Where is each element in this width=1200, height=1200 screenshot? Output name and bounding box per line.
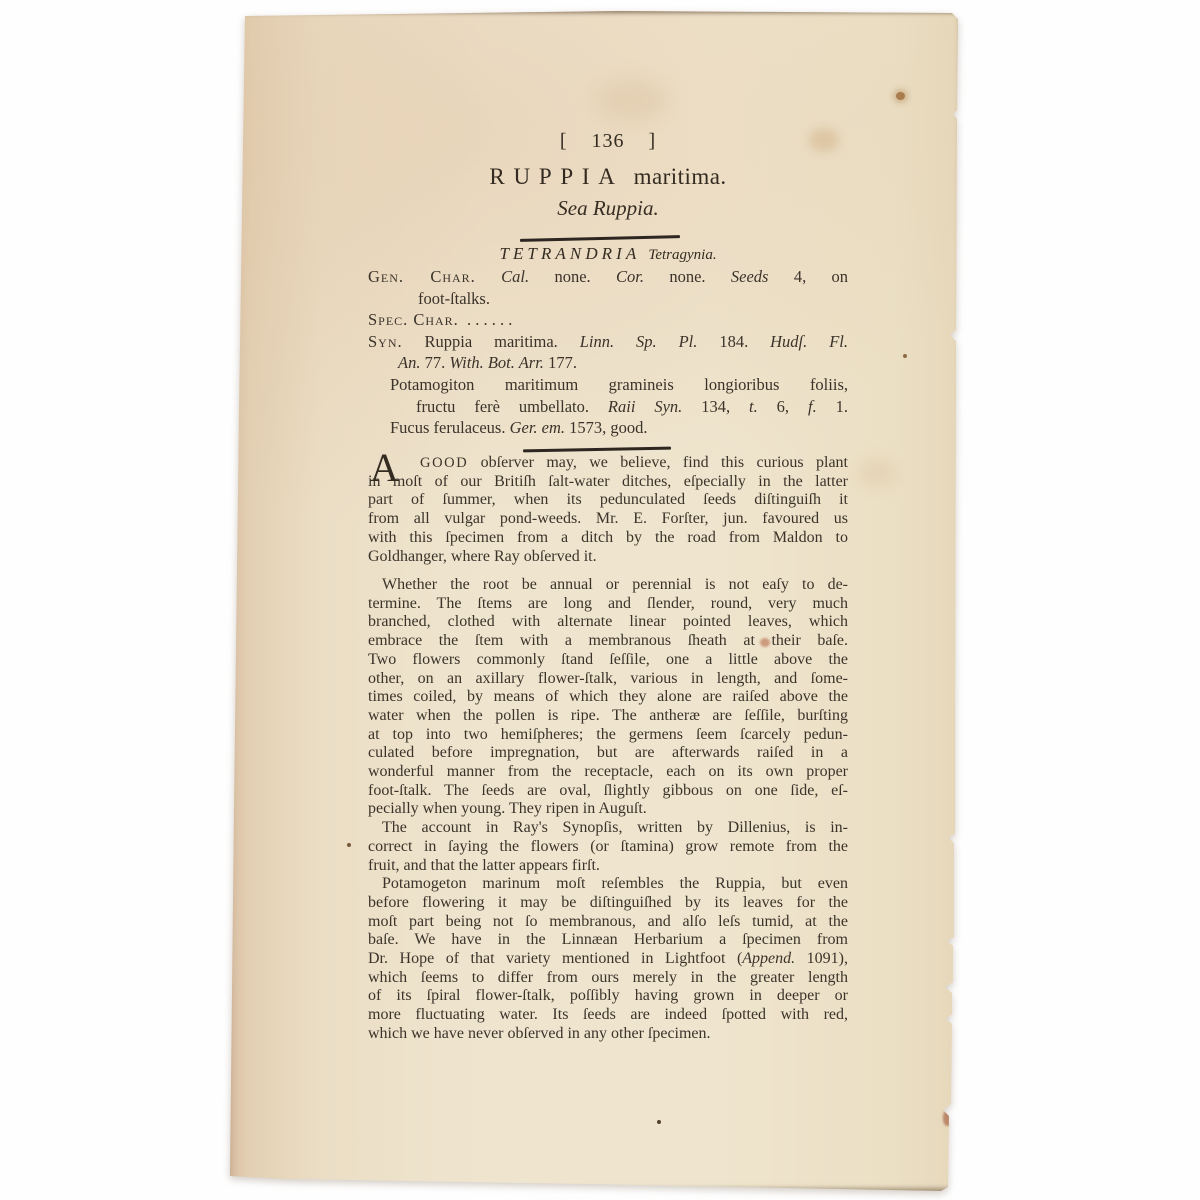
text-line: pecially when young. They ripen in Auguſ… [368,800,848,819]
paragraph-3: The account in Ray's Synopſis, written b… [368,819,848,875]
text-line: culated before impregnation, but are aft… [368,744,848,763]
page-number: [ 136 ] [368,130,848,153]
text-line: Gen. Char. Cal. none. Cor. none. Seeds 4… [368,266,848,288]
text-line: Dr. Hope of that variety mentioned in Li… [368,950,848,969]
genus-name: RUPPIA [489,164,623,189]
text-line: Potamogiton maritimum gramineis longiori… [368,374,848,396]
foxing-stain [896,92,905,100]
paragraph-body: Whether the root be annual or perennial … [368,576,848,1044]
text-line: An. 77. With. Bot. Arr. 177. [368,352,848,374]
text-line: Potamogeton marinum moſt reſembles the R… [368,875,848,894]
text-line: water when the pollen is ripe. The anthe… [368,707,848,726]
text-line: Whether the root be annual or perennial … [368,576,848,595]
text-line: fruit, and that the latter appears firſt… [368,857,848,876]
text-line: foot-ſtalks. [368,288,848,310]
page-sheet: [ 136 ] RUPPIAmaritima. Sea Ruppia. TETR… [227,10,960,1191]
foxing-stain [597,80,667,120]
ornamental-rule-top [520,235,680,242]
text-line: with this ſpecimen from a ditch by the r… [368,529,848,548]
text-line: baſe. We have in the Linnæan Herbarium a… [368,931,848,950]
text-line: embrace the ſtem with a membranous ſheat… [368,632,848,651]
text-line: which ſeems to differ from ours merely i… [368,969,848,988]
text-line: correct in ſaying the flowers (or ſtamin… [368,838,848,857]
text-line: termine. The ſtems are long and ſlender,… [368,595,848,614]
text-line: before flowering it may be diſtinguiſhed… [368,894,848,913]
text-line: fructu ferè umbellato. Raii Syn. 134, t.… [368,396,848,418]
linnaean-order: Tetragynia. [648,247,716,263]
drop-cap: A [370,448,399,488]
text-line: more fluctuating water. Its ſeeds are in… [368,1006,848,1025]
paragraph-2: Whether the root be annual or perennial … [368,576,848,819]
foxing-stain [657,1120,661,1124]
species-epithet: maritima. [634,164,727,189]
linnaean-class: TETRANDRIA [499,244,640,263]
paragraph-1: A GOOD obſerver may, we believe, find th… [368,454,848,566]
front-matter: Gen. Char. Cal. none. Cor. none. Seeds 4… [368,266,848,439]
text-line: Two flowers commonly ſtand ſeſſile, one … [368,651,848,670]
text-line: branched, clothed with alternate linear … [368,613,848,632]
scanned-page-wrapper: [ 136 ] RUPPIAmaritima. Sea Ruppia. TETR… [0,0,1200,1200]
text-line: foot-ſtalk. The ſeeds are oval, ſlightly… [368,782,848,801]
foxing-stain [347,843,351,847]
text-line: Goldhanger, where Ray obſerved it. [368,548,848,567]
foxing-stain [943,1110,954,1126]
text-line: times coiled, by means of which they alo… [368,688,848,707]
text-line: Fucus ferulaceus. Ger. em. 1573, good. [368,417,848,439]
text-line: which we have never obſerved in any othe… [368,1025,848,1044]
main-title: RUPPIAmaritima. [368,164,848,190]
text-line: in moſt of our Britiſh ſalt-water ditche… [368,473,848,492]
text-line: wonderful manner from the receptacle, ea… [368,763,848,782]
paragraph-4: Potamogeton marinum moſt reſembles the R… [368,875,848,1043]
text-line: Syn. Ruppia maritima. Linn. Sp. Pl. 184.… [368,331,848,353]
text-line: other, on an axillary flower-ſtalk, vari… [368,670,848,689]
ornamental-rule-bottom [523,447,671,453]
text-line: from all vulgar pond-weeds. Mr. E. Forſt… [368,510,848,529]
taxonomy-line: TETRANDRIATetragynia. [368,244,848,264]
common-name-subtitle: Sea Ruppia. [368,196,848,221]
foxing-stain [857,460,897,486]
text-line: The account in Ray's Synopſis, written b… [368,819,848,838]
text-line: GOOD obſerver may, we believe, find this… [368,454,848,473]
text-line: moſt part being not ſo membranous, and a… [368,913,848,932]
text-line: part of ſummer, when its pedunculated ſe… [368,491,848,510]
text-line: Spec. Char. . . . . . . [368,309,848,331]
foxing-stain [903,354,907,358]
text-line: at top into two hemiſpheres; the germens… [368,726,848,745]
text-line: of its ſpiral flower-ſtalk, poſſibly hav… [368,987,848,1006]
